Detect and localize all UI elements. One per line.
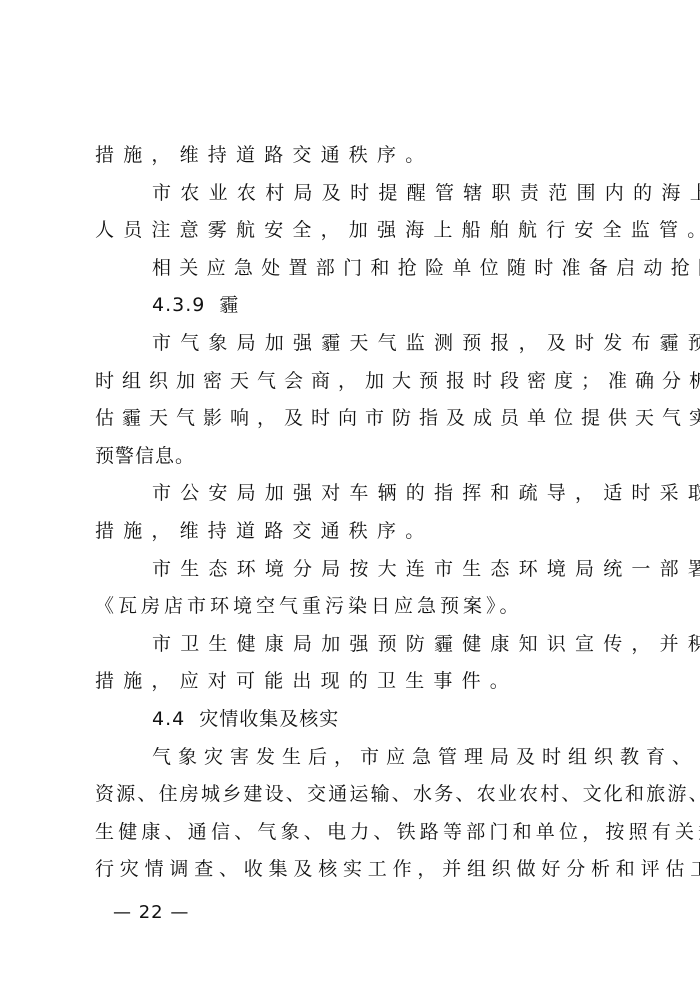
text-line: 时组织加密天气会商，加大预报时段密度；准确分析、综合评 [95,366,617,404]
section-heading-disaster-collection: 4.4 灾情收集及核实 [95,704,617,742]
paragraph-agriculture: 市农业农村局及时提醒管辖职责范围内的海上作业船舶和 [95,178,617,216]
text-line: 预警信息。 [95,441,617,479]
text-line: 措施，维持道路交通秩序。 [95,140,617,178]
text-line: 措施，应对可能出现的卫生事件。 [95,666,617,704]
text-line: 资源、住房城乡建设、交通运输、水务、农业农村、文化和旅游、卫 [95,779,617,817]
paragraph-environment: 市生态环境分局按大连市生态环境局统一部署，及时启动 [95,554,617,592]
text-line: 《瓦房店市环境空气重污染日应急预案》。 [95,591,617,629]
paragraph-public-security: 市公安局加强对车辆的指挥和疏导，适时采取限行、限速 [95,478,617,516]
text-line: 估霾天气影响，及时向市防指及成员单位提供天气实况、预报 [95,403,617,441]
paragraph-health: 市卫生健康局加强预防霾健康知识宣传，并积极采取应对 [95,629,617,667]
paragraph-meteorology: 市气象局加强霾天气监测预报，及时发布霾预警信号，适 [95,328,617,366]
paragraph-emergency-units: 相关应急处置部门和抢险单位随时准备启动抢险应急预案。 [95,253,617,291]
text-line: 措施，维持道路交通秩序。 [95,516,617,554]
page-number: — 22 — [113,902,189,923]
document-page: 措施，维持道路交通秩序。 市农业农村局及时提醒管辖职责范围内的海上作业船舶和 人… [0,0,700,990]
text-line: 行灾情调查、收集及核实工作，并组织做好分析和评估工作。 [95,854,617,892]
text-line: 人员注意雾航安全，加强海上船舶航行安全监管。 [95,215,617,253]
paragraph-disaster: 气象灾害发生后，市应急管理局及时组织教育、民政、自然 [95,742,617,780]
body-text: 措施，维持道路交通秩序。 市农业农村局及时提醒管辖职责范围内的海上作业船舶和 人… [95,140,617,892]
text-line: 生健康、通信、气象、电力、铁路等部门和单位，按照有关规定进 [95,817,617,855]
section-heading-haze: 4.3.9 霾 [95,290,617,328]
